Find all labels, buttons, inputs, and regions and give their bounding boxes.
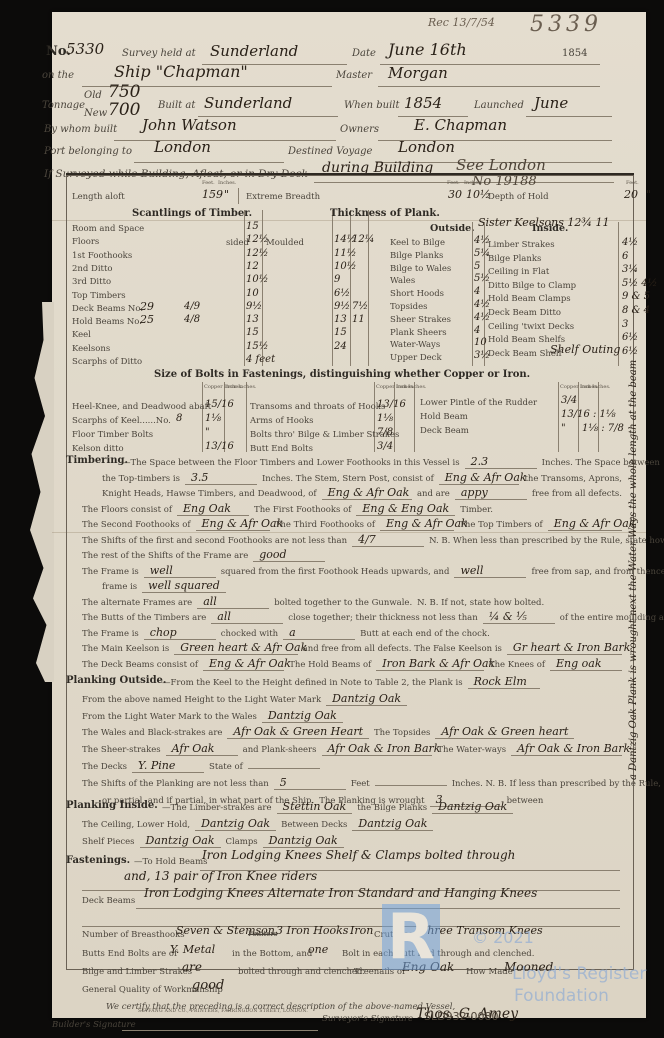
form-value: well squared <box>142 579 226 593</box>
scantling-ends: 12¼ <box>352 234 374 245</box>
form-value: Eng & Afr Oak <box>380 517 454 531</box>
bolt-label: Scarphs of Keel......No. <box>72 416 171 426</box>
date-value: June 16th <box>388 40 467 59</box>
scantling-ends: 7½ <box>352 301 368 312</box>
copper-header: Copper Inches. <box>560 384 580 390</box>
depth-of-hold-inches: " <box>646 188 651 201</box>
bolt-copper: 1⅛ <box>205 413 221 424</box>
when-built-value: 1854 <box>404 94 442 112</box>
builder-signature-label: Builder's Signature <box>52 1020 136 1030</box>
plank-inside-value: 4½ <box>622 237 638 248</box>
port-label: Port belonging to <box>44 146 132 157</box>
form-line: From the above named Height to the Light… <box>82 692 622 706</box>
scantling-count: 25 <box>140 313 154 326</box>
bolt-label: Butt End Bolts <box>250 444 313 454</box>
form-label: The Frame is <box>82 629 139 639</box>
plank-inside-label: Limber Strakes <box>488 240 555 250</box>
scantling-moulded: 13 <box>334 314 347 325</box>
launched-value: June <box>534 94 568 112</box>
form-line: The Frame iswellsquared from the first F… <box>82 564 622 578</box>
scantling-label: 2nd Ditto <box>72 264 113 274</box>
form-label: The Wales and Black-strakes are <box>82 728 222 738</box>
form-label: free from sap, and from thence downwards… <box>531 567 664 577</box>
plank-outside-label: Bilge Planks <box>390 251 443 261</box>
scantling-moulded: 9 <box>334 274 340 285</box>
scantling-sided: 10 <box>246 288 259 299</box>
inches-header: Inches. <box>218 180 236 186</box>
form-label: Between Decks <box>281 820 347 830</box>
plank-outside-label: Sheer Strakes <box>390 315 451 325</box>
scantling-sided: 9½ <box>246 301 262 312</box>
bolt-label: Kelson ditto <box>72 444 124 454</box>
watermark-org-line2: Foundation <box>514 986 609 1006</box>
form-value: chop <box>144 626 216 640</box>
moulded-label: Moulded <box>266 238 304 248</box>
form-value: Eng & Afr Oak <box>548 517 622 531</box>
scantling-label: Floors <box>72 237 99 247</box>
scantling-moulded: 9½ <box>334 301 350 312</box>
extreme-breadth-feet: 30 <box>448 188 462 201</box>
form-label: Inches. The Space between <box>542 458 660 468</box>
form-label: The Deck Beams consist of <box>82 660 198 670</box>
hold-beams-label: —To Hold Beams <box>134 857 208 867</box>
watermark-org-line1: Lloyd's Register <box>512 964 646 984</box>
form-label: The Top Timbers of <box>459 520 542 530</box>
form-label: N. B. If not, state how bolted. <box>417 598 544 608</box>
bolt-label: Heel-Knee, and Deadwood abaft <box>72 402 211 412</box>
form-value: well <box>454 564 526 578</box>
planking-inside-heading: Planking Inside. <box>66 800 158 811</box>
scantling-avg-space: 4/8 <box>184 314 200 325</box>
form-label: The Knees of <box>489 660 545 670</box>
form-label: Shelf Pieces <box>82 837 135 847</box>
form-label: The First Foothooks of <box>254 505 351 515</box>
form-value: Afr Oak & Green heart <box>435 725 574 739</box>
form-label: The Shifts of the Planking are not less … <box>82 779 269 789</box>
form-value: Eng oak <box>550 657 622 671</box>
depth-of-hold-feet: 20 <box>624 188 638 201</box>
form-line: From the Light Water Mark to the WalesDa… <box>82 709 622 723</box>
form-line: The Frame ischopchocked withaButt at eac… <box>82 626 622 640</box>
form-line: Knight Heads, Hawse Timbers, and Deadwoo… <box>102 486 622 500</box>
form-label: and are <box>417 489 450 499</box>
plank-title: Thickness of Plank. <box>330 208 440 219</box>
sided-label: sided <box>226 238 249 248</box>
bolt-label: Deck Beam <box>420 426 469 436</box>
form-label: chocked with <box>221 629 278 639</box>
bolt-count: 8 <box>176 413 182 424</box>
plank-outside-value: 10 <box>474 337 487 348</box>
survey-held-at-label: Survey held at <box>122 48 196 59</box>
surveyor-signature-label: Surveyor's Signature <box>322 1014 413 1024</box>
scantling-sided: 15½ <box>246 341 268 352</box>
scantling-count: 29 <box>140 300 154 313</box>
tonnage-old-value: 750 <box>108 82 140 102</box>
bilge-limber-label: Bilge and Limber Strakes <box>82 967 192 977</box>
form-value: 3.5 <box>185 471 257 485</box>
form-value: Dantzig Oak <box>140 834 221 848</box>
bolt-label: Hold Beam <box>420 412 468 422</box>
vessel-name: Ship "Chapman" <box>114 62 248 81</box>
form-value: Gr heart & Iron Bark <box>507 641 622 655</box>
copper-header: Copper Inches. <box>204 384 224 390</box>
form-value: Dantzig Oak <box>432 800 513 814</box>
bolt-copper: 7/8 <box>377 427 393 438</box>
form-label: The Frame is <box>82 567 139 577</box>
form-label: squared from the first Foothook Heads up… <box>221 567 450 577</box>
scantling-moulded: 6½ <box>334 288 350 299</box>
form-label: Feet <box>351 779 370 789</box>
form-line: The Second Foothooks ofEng & Afr OakThe … <box>82 517 622 531</box>
form-label: —From the Keel to the Height defined in … <box>162 678 463 688</box>
scantling-label: Room and Space <box>72 224 144 234</box>
length-aloft-label: Length aloft <box>72 192 125 202</box>
form-value: Iron Bark & Afr Oak <box>376 657 484 671</box>
form-value: Eng Oak <box>177 502 249 516</box>
scantling-sided: 15 <box>246 221 259 232</box>
destined-voyage-label: Destined Voyage <box>288 146 372 157</box>
form-label: and free from all defects. The False Kee… <box>303 644 502 654</box>
plank-inside-value: 6½ <box>622 332 638 343</box>
length-aloft-inches: " <box>224 188 229 201</box>
form-value: Dantzig Oak <box>195 817 276 831</box>
scantling-label: Scarphs of Ditto <box>72 357 142 367</box>
form-label: The Floors consist of <box>82 505 172 515</box>
form-line: The Butts of the Timbers areallclose tog… <box>82 610 622 624</box>
form-label: The Main Keelson is <box>82 644 169 654</box>
form-value: good <box>253 548 325 562</box>
scantling-label: Keelsons <box>72 344 110 354</box>
form-value <box>375 785 447 786</box>
plank-outside-value: 4 <box>474 325 480 336</box>
plank-outside-label: Topsides <box>390 302 427 312</box>
form-value: Afr Oak & Iron Bark <box>322 742 433 756</box>
butts-value2: one <box>308 943 328 956</box>
printer-line: SKYFANG AND CO., PRINTERS, FARRINGDON ST… <box>138 1009 308 1014</box>
form-value <box>248 768 320 769</box>
timbering-heading: Timbering. <box>66 455 128 466</box>
plank-inside-value: 3 <box>622 319 628 330</box>
archive-reference: SLD932-0080 <box>424 1010 499 1023</box>
scantling-sided: 13 <box>246 314 259 325</box>
form-line: The Main Keelson isGreen heart & Afr Oak… <box>82 641 622 655</box>
form-label: the Bilge Planks <box>357 803 427 813</box>
form-value: Stettin Oak <box>277 800 353 814</box>
form-label: The alternate Frames are <box>82 598 192 608</box>
built-at-value: Sunderland <box>204 94 292 112</box>
form-label: and Plank-sheers <box>243 745 317 755</box>
form-value: Eng & Afr Oak <box>203 657 284 671</box>
plank-outside-value: 4 <box>474 286 480 297</box>
form-label: bolted together to the Gunwale. <box>274 598 412 608</box>
year: 1854 <box>562 48 587 59</box>
form-label: The Butts of the Timbers are <box>82 613 206 623</box>
plank-inside-label: Hold Beam Clamps <box>488 294 571 304</box>
feet-header: Feet. <box>626 180 639 186</box>
survey-held-at-value: Sunderland <box>210 42 298 60</box>
form-label: free from all defects. <box>532 489 622 499</box>
copper-header: Copper Inches. <box>376 384 396 390</box>
scantling-label: Deck Beams No. <box>72 304 143 314</box>
bolts-title: Size of Bolts in Fastenings, distinguish… <box>154 369 530 380</box>
form-label: The Decks <box>82 762 127 772</box>
tonnage-new-label: New <box>84 108 107 119</box>
scantling-sided: 4 feet <box>246 354 275 365</box>
form-line: —The Space between the Floor Timbers and… <box>122 455 622 469</box>
plank-inside-label: Bilge Planks <box>488 254 541 264</box>
quality-value: good <box>192 978 224 993</box>
form-label: From the above named Height to the Light… <box>82 695 321 705</box>
form-value: Dantzig Oak <box>263 834 344 848</box>
form-value: Dantzig Oak <box>326 692 407 706</box>
form-value: appy <box>455 486 527 500</box>
form-label: Inches. The Stem, Stern Post, consist of <box>262 474 434 484</box>
built-at-label: Built at <box>158 100 195 111</box>
scantling-moulded: 24 <box>334 341 347 352</box>
plank-inside-value: 5½ 4½ <box>622 278 657 289</box>
form-value: 4/7 <box>352 533 424 547</box>
form-value: Green heart & Afr Oak <box>174 641 297 655</box>
port-value: London <box>154 138 211 156</box>
form-value: Eng & Afr Oak <box>196 517 270 531</box>
crutches-prefix: Iron <box>350 924 373 937</box>
plank-outside-label: Wales <box>390 276 415 286</box>
extreme-breadth-inches: 10½ <box>466 188 491 201</box>
form-line: The Shifts of the first and second Footh… <box>82 533 622 547</box>
tonnage-old-label: Old <box>84 90 102 101</box>
bolt-copper: 3/4 <box>377 441 393 452</box>
plank-inside-annotation: Shelf Outing <box>550 343 620 356</box>
outside-title: Outside. <box>430 223 475 234</box>
scantling-label: Hold Beams No. <box>72 317 142 327</box>
when-built-label: When built <box>344 100 400 111</box>
margin-note: a Dantzig Oak Plank is wrought next the … <box>628 360 639 780</box>
form-label: The Second Foothooks of <box>82 520 191 530</box>
received-note: Rec 13/7/54 <box>428 16 495 29</box>
form-line: The rest of the Shifts of the Frame areg… <box>82 548 622 562</box>
bolt-copper: 13/16 : 1⅛ <box>561 409 616 420</box>
see-note: See London <box>456 156 546 174</box>
by-whom-built-value: John Watson <box>142 116 237 134</box>
plank-inside-value: 6½ <box>622 346 638 357</box>
scantling-moulded: 10½ <box>334 261 356 272</box>
form-value: Afr Oak & Iron Bark <box>511 742 622 756</box>
length-aloft-feet: 159 <box>202 188 223 201</box>
pointers-value: 3 Iron Hooks <box>276 924 348 937</box>
form-value: ¼ & ⅕ <box>483 610 555 624</box>
butts-mid: in the Bottom, and <box>232 949 312 959</box>
plank-outside-label: Short Hoods <box>390 289 444 299</box>
fastenings-heading: Fastenings. <box>66 855 130 866</box>
report-number-large: 5339 <box>530 12 602 37</box>
form-label: From the Light Water Mark to the Wales <box>82 712 257 722</box>
form-line: The DecksY. PineState of <box>82 759 622 773</box>
iron-header: Iron Inches. <box>226 384 246 390</box>
scantling-ends: 11 <box>352 314 365 325</box>
form-line: The Ceiling, Lower Hold,Dantzig OakBetwe… <box>82 817 622 831</box>
scantling-avg-space: 4/9 <box>184 301 200 312</box>
plank-inside-label: Ceiling 'twixt Decks <box>488 322 574 332</box>
bilge-limber-value: are <box>182 960 202 974</box>
form-line: The alternate Frames areallbolted togeth… <box>82 595 622 609</box>
form-line: The Wales and Black-strakes areAfr Oak &… <box>82 725 622 739</box>
lr-foundation-logo-icon: R <box>382 904 440 970</box>
form-label: Timber. <box>460 505 493 515</box>
form-line: the Top-timbers is3.5Inches. The Stem, S… <box>102 471 622 485</box>
form-label: The Hold Beams of <box>289 660 371 670</box>
plank-outside-label: Water-Ways <box>390 340 440 350</box>
hold-beams-value-cont: and, 13 pair of Iron Knee riders <box>124 869 317 883</box>
scantling-label: Keel <box>72 330 91 340</box>
form-value: a <box>283 626 355 640</box>
form-label: The Ceiling, Lower Hold, <box>82 820 190 830</box>
bolt-label: Transoms and throats of Hooks <box>250 402 385 412</box>
form-label: —The Limber-strakes are <box>162 803 272 813</box>
form-value: 2.3 <box>465 455 537 469</box>
form-value: Y. Pine <box>132 759 204 773</box>
no-value: 5330 <box>66 40 104 58</box>
plank-inside-label: Deck Beam Ditto <box>488 308 561 318</box>
scantling-sided: 12 <box>246 261 259 272</box>
depth-of-hold-label: Depth of Hold <box>488 192 549 202</box>
breasthooks-label: Number of Breasthooks <box>82 930 185 940</box>
form-label: The Sheer-strakes <box>82 745 161 755</box>
bolt-label: Arms of Hooks <box>250 416 313 426</box>
plank-inside-label: Ditto Bilge to Clamp <box>488 281 576 291</box>
bolt-iron: 1⅛ : 7/8 <box>582 423 624 434</box>
scantling-label: 3rd Ditto <box>72 277 111 287</box>
form-value: all <box>197 595 269 609</box>
bolt-copper: 13/16 <box>377 399 406 410</box>
survey-document: Rec 13/7/54 5339 No. 5330 Survey held at… <box>52 12 646 1018</box>
form-line: The Deck Beams consist ofEng & Afr OakTh… <box>82 657 622 671</box>
feet-header: Feet. <box>202 180 215 186</box>
feet-header: Feet. <box>447 180 460 186</box>
form-label: The Third Foothooks of <box>275 520 375 530</box>
form-value: well <box>144 564 216 578</box>
scantling-sided: 10½ <box>246 274 268 285</box>
bolt-copper: 1⅛ <box>377 413 393 424</box>
form-value: Eng & Afr Oak <box>439 471 520 485</box>
form-label: Inches. N. B. If less than prescribed by… <box>452 779 664 789</box>
plank-outside-label: Bilge to Wales <box>390 264 451 274</box>
form-value: Dantzig Oak <box>262 709 343 723</box>
master-value: Morgan <box>388 64 448 82</box>
pointers-label: Pointers <box>248 930 277 938</box>
watermark-copyright: © 2021 <box>472 928 534 947</box>
butts-value: Y. Metal <box>170 943 215 956</box>
destined-voyage-value: London <box>398 138 455 156</box>
bolt-copper: " <box>561 423 566 434</box>
form-value: all <box>211 610 283 624</box>
bolt-label: Lower Pintle of the Rudder <box>420 398 537 408</box>
form-value: 5 <box>274 776 346 790</box>
extreme-breadth-label: Extreme Breadth <box>246 192 320 202</box>
bolt-copper: 3/4 <box>561 395 577 406</box>
form-label: The rest of the Shifts of the Frame are <box>82 551 248 561</box>
form-value: Dantzig Oak <box>352 817 433 831</box>
form-label: The Topsides <box>374 728 430 738</box>
form-line: The Sheer-strakesAfr Oakand Plank-sheers… <box>82 742 622 756</box>
plank-inside-value: 6 <box>622 251 628 262</box>
bolt-copper: 13/16 <box>205 441 234 452</box>
scantling-moulded: 11½ <box>334 248 356 259</box>
scantling-sided: 12½ <box>246 248 268 259</box>
form-label: —The Space between the Floor Timbers and… <box>122 458 460 468</box>
launched-label: Launched <box>474 100 524 111</box>
tonnage-label: Tonnage <box>42 100 85 111</box>
hold-beams-value: Iron Lodging Knees Shelf & Clamps bolted… <box>202 848 515 862</box>
plank-inside-label: Ceiling in Flat <box>488 267 549 277</box>
bolt-label: Floor Timber Bolts <box>72 430 153 440</box>
deck-beams-value: Iron Lodging Knees Alternate Iron Standa… <box>144 886 537 900</box>
form-line: The Shifts of the Planking are not less … <box>82 776 622 790</box>
bolt-copper: " <box>205 427 210 438</box>
form-label: close together; their thickness not less… <box>288 613 477 623</box>
form-line: —The Limber-strakes areStettin Oakthe Bi… <box>162 800 622 814</box>
plank-outside-value: 5 <box>474 261 480 272</box>
iron-header: Iron Inches. <box>396 384 416 390</box>
owners-value: E. Chapman <box>414 116 507 134</box>
form-label: the Transoms, Aprons, <box>524 474 622 484</box>
by-whom-built-label: By whom built <box>44 124 117 135</box>
master-label: Master <box>336 70 372 81</box>
form-value: Rock Elm <box>468 675 540 689</box>
form-label: Butt at each end of the chock. <box>360 629 490 639</box>
form-label: of the entire moulding at that place. <box>560 613 664 623</box>
form-label: State of <box>209 762 243 772</box>
scantling-sided: 15 <box>246 327 259 338</box>
iron-header: Iron Inches. <box>580 384 600 390</box>
form-label: Knight Heads, Hawse Timbers, and Deadwoo… <box>102 489 317 499</box>
plank-outside-label: Keel to Bilge <box>390 238 445 248</box>
form-label: frame is <box>102 582 137 592</box>
form-value: Eng & Eng Oak <box>356 502 455 516</box>
inches-header: Inches. <box>464 180 482 186</box>
form-label: Clamps <box>226 837 258 847</box>
plank-outside-label: Plank Sheers <box>390 328 447 338</box>
form-label: The Water-ways <box>437 745 506 755</box>
torn-edge <box>24 302 54 682</box>
form-value: Afr Oak <box>166 742 238 756</box>
plank-inside-value: 8 & 4 <box>622 305 650 316</box>
form-line: Shelf PiecesDantzig OakClampsDantzig Oak <box>82 834 622 848</box>
scantling-label: Top Timbers <box>72 291 126 301</box>
form-label: the Top-timbers is <box>102 474 180 484</box>
plank-outside-label: Upper Deck <box>390 353 442 363</box>
tonnage-new-value: 700 <box>108 100 140 120</box>
scantlings-title: Scantlings of Timber. <box>132 208 252 219</box>
form-line: The Floors consist ofEng OakThe First Fo… <box>82 502 622 516</box>
scantling-label: 1st Foothooks <box>72 251 132 261</box>
plank-inside-value: 3¼ <box>622 264 638 275</box>
plank-inside-value: 9 & 5 <box>622 291 650 302</box>
scantling-moulded: 15 <box>334 327 347 338</box>
date-label: Date <box>352 48 376 59</box>
butts-label: Butts End Bolts are of <box>82 949 177 959</box>
deck-beams-label: Deck Beams <box>82 896 135 906</box>
form-line: —From the Keel to the Height defined in … <box>162 675 622 689</box>
planking-outside-heading: Planking Outside. <box>66 675 166 686</box>
form-label: The Shifts of the first and second Footh… <box>82 536 347 546</box>
form-value: Afr Oak & Green Heart <box>227 725 369 739</box>
form-value: Eng & Afr Oak <box>322 486 412 500</box>
bolt-copper: 15/16 <box>205 399 234 410</box>
owners-label: Owners <box>340 124 379 135</box>
on-the-label: on the <box>42 70 74 81</box>
bilge-limber-post: bolted through and clenched. <box>238 967 365 977</box>
inside-note: Sister Keelsons 12¾ 11 <box>478 216 610 229</box>
